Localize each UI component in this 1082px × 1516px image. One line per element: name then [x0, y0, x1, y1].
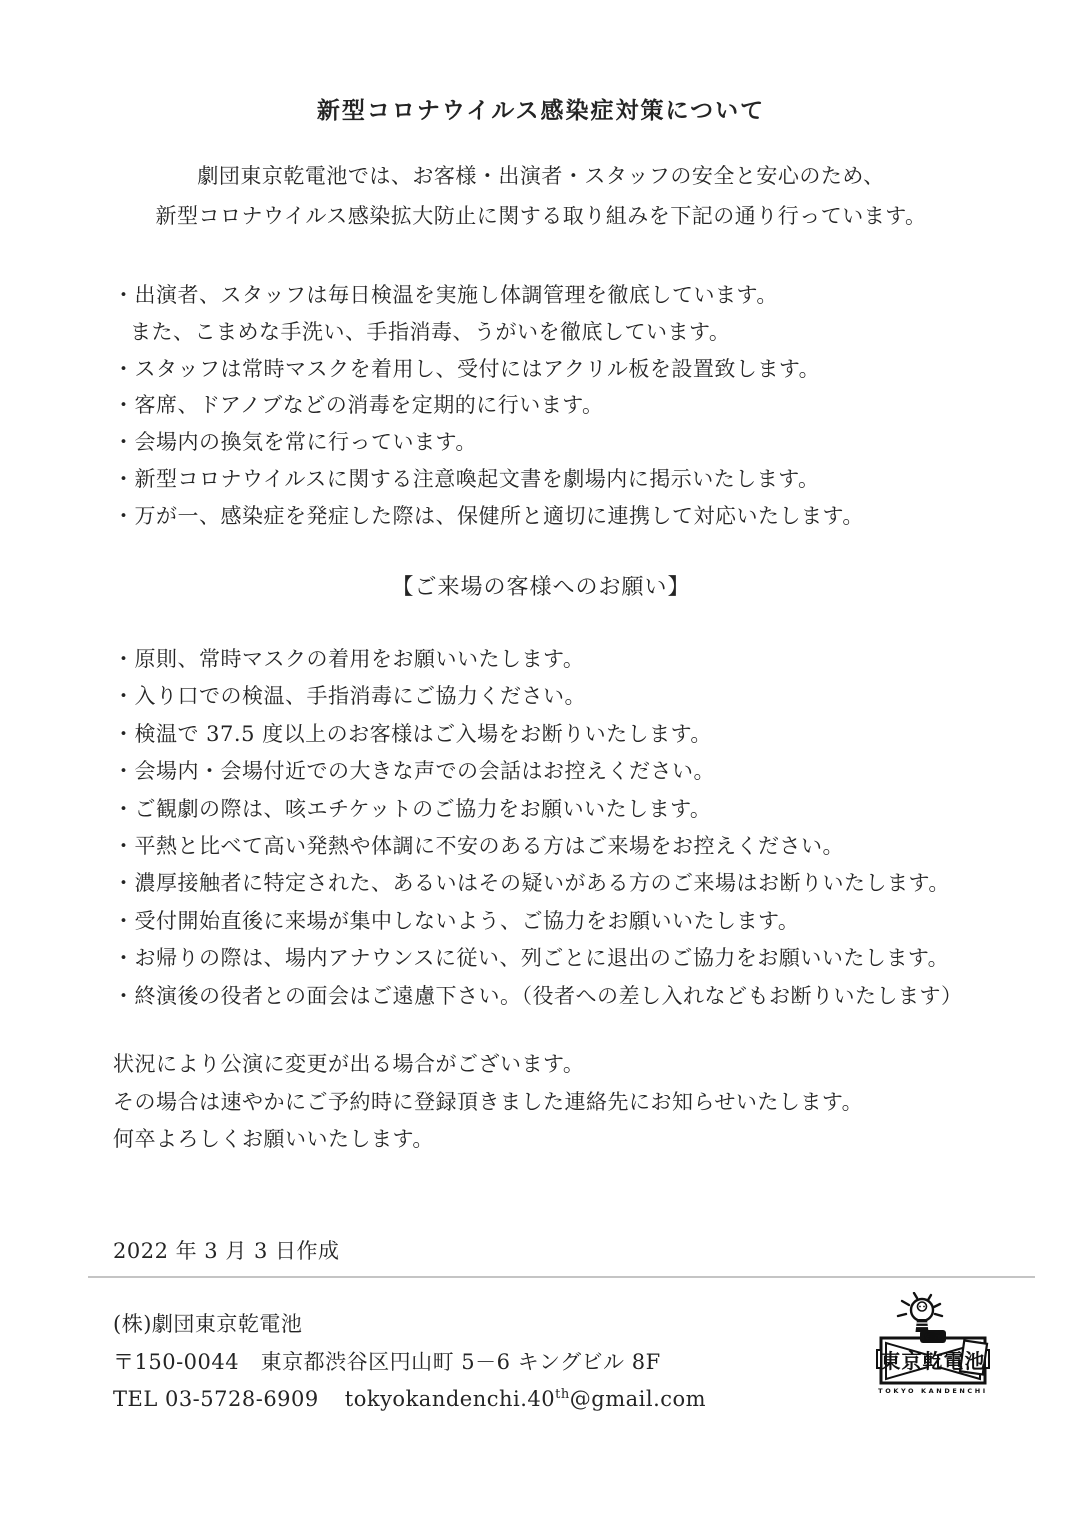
intro-line-1: 劇団東京乾電池では、お客様・出演者・スタッフの安全と安心のため、: [60, 156, 1022, 196]
lightbulb-icon: [911, 1299, 933, 1332]
measure-item-continuation: また、こまめな手洗い、手指消毒、うがいを徹底しています。: [113, 314, 1012, 351]
request-item: ・検温で 37.5 度以上のお客様はご入場をお断りいたします。: [113, 716, 1042, 753]
covid-notice-document: 新型コロナウイルス感染症対策について 劇団東京乾電池では、お客様・出演者・スタッ…: [0, 0, 1082, 1516]
footer-divider: [88, 1276, 1035, 1278]
email-suffix: @gmail.com: [570, 1387, 706, 1411]
page-title: 新型コロナウイルス感染症対策について: [0, 92, 1082, 125]
measure-item: ・会場内の換気を常に行っています。: [113, 424, 1012, 461]
visitor-requests-heading: 【ご来場の客様へのお願い】: [0, 570, 1082, 601]
phone-number: TEL 03-5728-6909: [113, 1387, 319, 1411]
request-item: ・平熱と比べて高い発熱や体調に不安のある方はご来場をお控えください。: [113, 828, 1042, 865]
request-item: ・濃厚接触者に特定された、あるいはその疑いがある方のご来場はお断りいたします。: [113, 865, 1042, 902]
request-item: ・原則、常時マスクの着用をお願いいたします。: [113, 641, 1042, 678]
request-item: ・会場内・会場付近での大きな声での会話はお控えください。: [113, 753, 1042, 790]
intro-paragraph: 劇団東京乾電池では、お客様・出演者・スタッフの安全と安心のため、 新型コロナウイ…: [60, 156, 1022, 236]
closing-line-2: その場合は速やかにご予約時に登録頂きました連絡先にお知らせいたします。: [113, 1084, 1012, 1122]
company-address: 〒150-0044 東京都渋谷区円山町 5－6 キングビル 8F: [113, 1344, 706, 1382]
measures-list: ・出演者、スタッフは毎日検温を実施し体調管理を徹底しています。 また、こまめな手…: [113, 277, 1012, 535]
measure-item: ・スタッフは常時マスクを着用し、受付にはアクリル板を設置致します。: [113, 351, 1012, 388]
measure-item: ・新型コロナウイルスに関する注意喚起文書を劇場内に掲示いたします。: [113, 461, 1012, 498]
request-item: ・お帰りの際は、場内アナウンスに従い、列ごとに退出のご協力をお願いいたします。: [113, 940, 1042, 977]
closing-line-3: 何卒よろしくお願いいたします。: [113, 1121, 1012, 1159]
measure-item: ・客席、ドアノブなどの消毒を定期的に行います。: [113, 387, 1012, 424]
closing-line-1: 状況により公演に変更が出る場合がございます。: [113, 1046, 1012, 1084]
request-item: ・ご観劇の際は、咳エチケットのご協力をお願いいたします。: [113, 791, 1042, 828]
contact-line: TEL 03-5728-6909tokyokandenchi.40th@gmai…: [113, 1381, 706, 1419]
created-date: 2022 年 3 月 3 日作成: [113, 1232, 340, 1270]
footer-contact-block: (株)劇団東京乾電池 〒150-0044 東京都渋谷区円山町 5－6 キングビル…: [113, 1306, 706, 1419]
logo-main-label: 東京乾電池: [881, 1349, 986, 1373]
visitor-requests-list: ・原則、常時マスクの着用をお願いいたします。 ・入り口での検温、手指消毒にご協力…: [113, 641, 1042, 1015]
request-item: ・受付開始直後に来場が集中しないよう、ご協力をお願いいたします。: [113, 903, 1042, 940]
email-address: tokyokandenchi.40th@gmail.com: [345, 1387, 706, 1411]
email-prefix: tokyokandenchi.40: [345, 1387, 555, 1411]
request-item: ・入り口での検温、手指消毒にご協力ください。: [113, 678, 1042, 715]
intro-line-2: 新型コロナウイルス感染拡大防止に関する取り組みを下記の通り行っています。: [60, 196, 1022, 236]
company-name: (株)劇団東京乾電池: [113, 1306, 706, 1344]
request-item: ・終演後の役者との面会はご遠慮下さい。（役者への差し入れなどもお断りいたします）: [113, 978, 1042, 1015]
logo-sub-label: TOKYO KANDENCHI: [878, 1387, 988, 1395]
logo-troupe-label: 劇団: [923, 1331, 942, 1343]
email-superscript: th: [555, 1387, 570, 1402]
closing-paragraph: 状況により公演に変更が出る場合がございます。 その場合は速やかにご予約時に登録頂…: [113, 1046, 1012, 1159]
measure-item: ・出演者、スタッフは毎日検温を実施し体調管理を徹底しています。: [113, 277, 1012, 314]
measure-item: ・万が一、感染症を発症した際は、保健所と適切に連携して対応いたします。: [113, 498, 1012, 535]
tokyo-kandenchi-logo: 劇団 東京乾電池 TOKYO KANDENCHI: [876, 1292, 996, 1398]
